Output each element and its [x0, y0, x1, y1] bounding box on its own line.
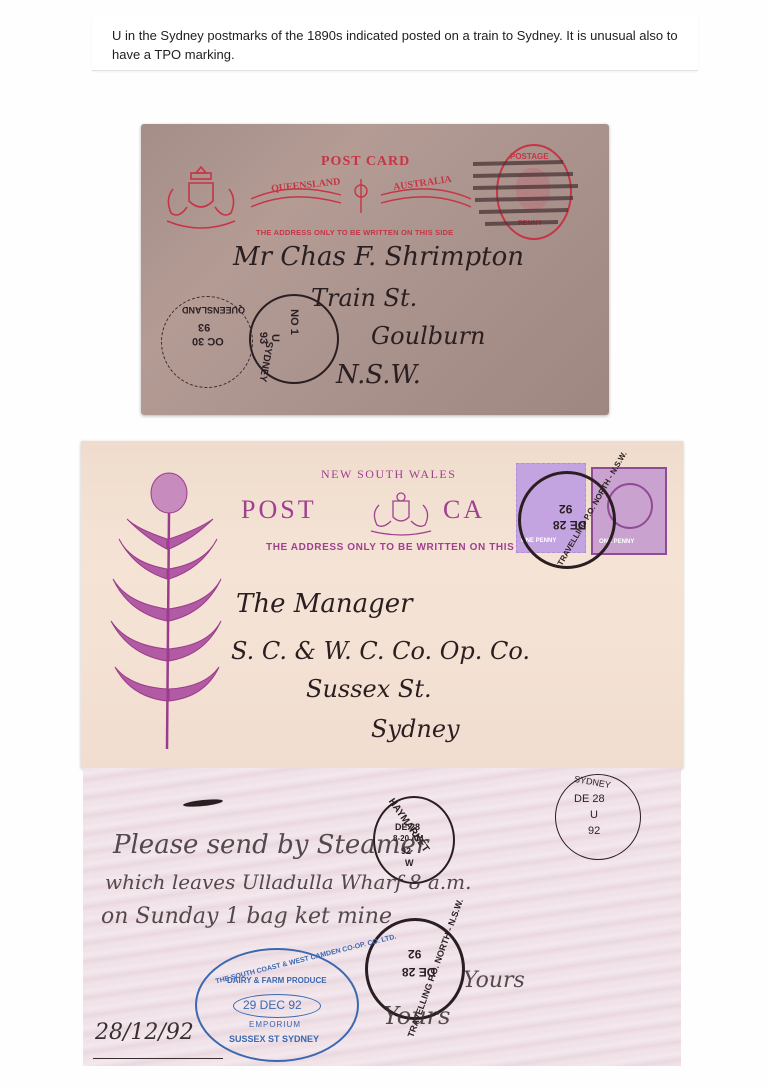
barred-cancel-icon — [473, 154, 583, 234]
queensland-postcard: POST CARD QUEENSLAND AUSTRALIA THE ADDRE… — [141, 124, 609, 415]
message-line: Yours — [463, 968, 525, 993]
postcard-reverse: SYDNEY DE 28 U 92 HAYMARKET DE 28 8-20 A… — [83, 768, 681, 1066]
coat-of-arms-icon — [365, 491, 437, 537]
postcard-title-left: POST — [241, 495, 317, 525]
postmark-ring-text: QUEENSLAND — [182, 305, 245, 315]
waratah-flower-icon — [109, 469, 224, 754]
tpo-postmark: TRAVELLING P.O. NORTH - N.S.W. DE 28 92 — [518, 471, 616, 569]
oval-ring-bottom-text: SUSSEX ST SYDNEY — [229, 1034, 319, 1044]
message-line: which leaves Ulladulla Wharf 8 a.m. — [105, 870, 471, 894]
address-line: Sydney — [371, 715, 460, 743]
postmark-date: DE 28 — [553, 518, 586, 532]
postmark-date: OC 30 — [192, 335, 224, 347]
address-line: Sussex St. — [306, 675, 432, 703]
caption-box: U in the Sydney postmarks of the 1890s i… — [92, 18, 698, 71]
sydney-u-postmark: SYDNEY DE 28 U 92 — [555, 774, 641, 860]
postmark-date: DE 28 — [402, 965, 435, 979]
queensland-postmark: QUEENSLAND OC 30 93 — [161, 296, 253, 388]
postmark-ring-text: SYDNEY — [257, 340, 275, 382]
date-underline — [93, 1058, 223, 1059]
postmark-year: 93 — [198, 321, 210, 333]
message-signature: Yours — [383, 1002, 450, 1030]
oval-date: 29 DEC 92 — [243, 998, 302, 1012]
address-line: S. C. & W. C. Co. Op. Co. — [231, 637, 530, 665]
nsw-header: NEW SOUTH WALES — [321, 467, 456, 482]
coat-of-arms-icon — [161, 159, 241, 234]
message-line: Please send by Steamer — [113, 830, 428, 860]
postmark-year: 92 — [588, 825, 600, 837]
postcard-title: POST CARD — [321, 154, 410, 170]
handwritten-date: 28/12/92 — [95, 1020, 194, 1045]
postmark-code: U — [590, 809, 598, 821]
postmark-year: 93 — [257, 332, 269, 344]
address-line: N.S.W. — [336, 360, 421, 390]
caption-text: U in the Sydney postmarks of the 1890s i… — [92, 18, 697, 64]
sydney-u-postmark: SYDNEY NO 1 U 93 — [249, 294, 339, 384]
postmark-year: 92 — [559, 502, 572, 516]
postcard-title-right: CA — [443, 495, 485, 525]
address-instruction: THE ADDRESS ONLY TO BE WRITTEN ON THIS S… — [256, 228, 453, 237]
address-instruction: THE ADDRESS ONLY TO BE WRITTEN ON THIS — [266, 542, 514, 553]
address-line: Goulburn — [371, 322, 486, 350]
postmark-ring-text: SYDNEY — [573, 774, 611, 790]
ink-smudge — [183, 798, 223, 808]
postmark-date: DE 28 — [574, 793, 605, 805]
company-oval-stamp: THE SOUTH COAST & WEST CAMDEN CO-OP. CO.… — [195, 948, 359, 1062]
address-line: The Manager — [236, 589, 413, 619]
address-line: Mr Chas F. Shrimpton — [233, 242, 524, 272]
postmark-year: 92 — [408, 947, 421, 961]
nsw-postcard-front: NEW SOUTH WALES POST CA THE ADDRESS ONLY… — [81, 441, 683, 768]
message-line: on Sunday 1 bag ket mine — [101, 904, 392, 929]
postmark-code: U — [269, 334, 281, 342]
oval-line1: DAIRY & FARM PRODUCE — [227, 976, 327, 985]
postmark-date: NO 1 — [288, 309, 300, 335]
oval-line2: EMPORIUM — [249, 1020, 301, 1029]
